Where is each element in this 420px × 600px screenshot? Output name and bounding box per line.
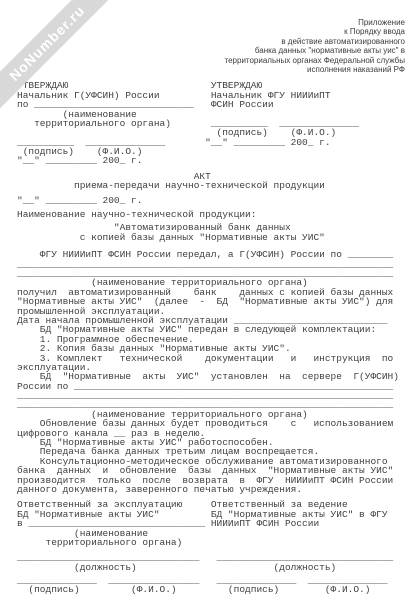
document-page: NoNumber.ru Приложениек Порядку вводав д…	[0, 0, 420, 600]
responsible-columns: Ответственный за эксплуатацию Ответствен…	[17, 500, 405, 547]
doc-line: территориальных органах Федеральной служ…	[0, 56, 405, 65]
doc-line: исполнения наказаний РФ	[0, 65, 405, 74]
doc-line: приема-передачи научно-технической проду…	[17, 181, 405, 190]
doc-line: территориального органа)	[17, 538, 405, 547]
doc-line: (подпись) (Ф.И.О.) (подпись) (Ф.И.О.)	[17, 585, 405, 594]
document-body: УТВЕРЖДАЮ УТВЕРЖДАЮНачальник Г(УФСИН) Ро…	[17, 81, 405, 595]
doc-line: Наименование научно-технической продукци…	[17, 210, 405, 219]
doc-line: "__" _________ 200_ г.	[17, 156, 405, 165]
doc-line: с копией базы данных "Нормативные акты У…	[17, 233, 405, 242]
act-title: АКТ приема-передачи научно-технической п…	[17, 172, 405, 191]
doc-line: данного документа, заверенного печатью у…	[17, 485, 405, 494]
approval-blocks: УТВЕРЖДАЮ УТВЕРЖДАЮНачальник Г(УФСИН) Ро…	[17, 81, 405, 166]
act-date-line: "__" _________ 200_ г.	[17, 196, 405, 205]
doc-line: (должность) (должность)	[17, 563, 405, 572]
transfer-terms: ФГУ НИИИиПТ ФСИН России передал, а Г(УФС…	[17, 250, 405, 494]
signature-area: ________________________________ _______…	[17, 553, 405, 595]
product-name: "Автоматизированный банк данных с копией…	[17, 223, 405, 242]
doc-line: "__" _________ 200_ г.	[17, 196, 405, 205]
product-naming-label: Наименование научно-технической продукци…	[17, 210, 405, 219]
